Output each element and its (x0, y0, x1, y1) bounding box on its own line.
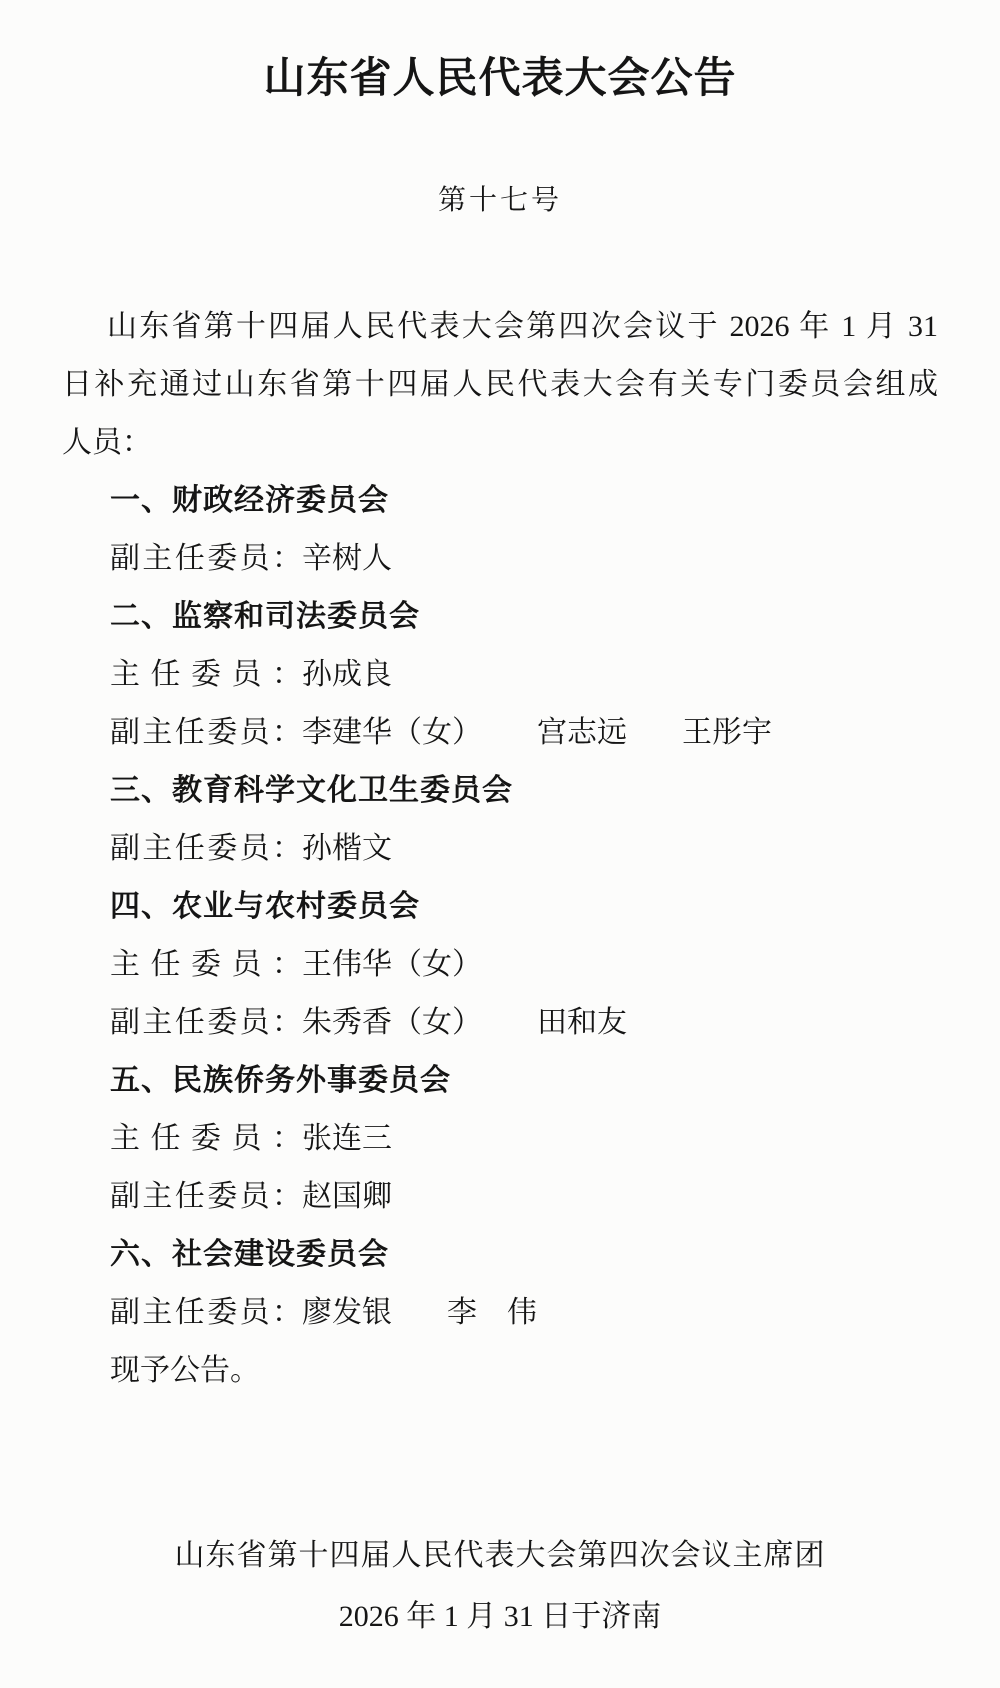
member-row: 主任委员：王伟华（女） (62, 936, 938, 994)
intro-line: 日补充通过山东省第十四届人民代表大会有关专门委员会组成 (62, 356, 938, 414)
member-row: 副主任委员：廖发银李 伟 (62, 1284, 938, 1342)
section-heading-2: 二、监察和司法委员会 (62, 588, 938, 646)
section-heading-6: 六、社会建设委员会 (62, 1226, 938, 1284)
closing-line: 现予公告。 (62, 1342, 938, 1400)
member-name: 李 伟 (447, 1284, 537, 1342)
member-name: 王伟华（女） (302, 936, 482, 994)
date-line: 2026 年 1 月 31 日于济南 (62, 1588, 938, 1646)
row-label: 主任委员： (110, 1110, 302, 1168)
member-name: 张连三 (302, 1110, 392, 1168)
member-row: 主任委员：张连三 (62, 1110, 938, 1168)
intro-line: 人员： (62, 414, 938, 472)
row-label: 副主任委员： (110, 1284, 302, 1342)
intro-line: 山东省第十四届人民代表大会第四次会议于 2026 年 1 月 31 (62, 298, 938, 356)
member-name: 辛树人 (302, 530, 392, 588)
member-row: 主任委员：孙成良 (62, 646, 938, 704)
member-name: 孙楷文 (302, 820, 392, 878)
member-name: 赵国卿 (302, 1168, 392, 1226)
member-row: 副主任委员：孙楷文 (62, 820, 938, 878)
section-heading-1: 一、财政经济委员会 (62, 472, 938, 530)
member-name: 朱秀香（女） (302, 994, 482, 1052)
committee-list: 一、财政经济委员会副主任委员：辛树人二、监察和司法委员会主任委员：孙成良副主任委… (62, 472, 938, 1342)
section-heading-4: 四、农业与农村委员会 (62, 878, 938, 936)
section-heading-5: 五、民族侨务外事委员会 (62, 1052, 938, 1110)
member-name: 孙成良 (302, 646, 392, 704)
member-row: 副主任委员：朱秀香（女）田和友 (62, 994, 938, 1052)
row-label: 主任委员： (110, 936, 302, 994)
member-row: 副主任委员：辛树人 (62, 530, 938, 588)
doc-number: 第十七号 (62, 186, 938, 216)
row-label: 副主任委员： (110, 530, 302, 588)
announcement-document: 山东省人民代表大会公告 第十七号 山东省第十四届人民代表大会第四次会议于 202… (0, 0, 1000, 1688)
row-label: 副主任委员： (110, 704, 302, 762)
member-row: 副主任委员：李建华（女）宫志远王彤宇 (62, 704, 938, 762)
row-label: 副主任委员： (110, 820, 302, 878)
page-title: 山东省人民代表大会公告 (62, 0, 938, 102)
signature-line: 山东省第十四届人民代表大会第四次会议主席团 (62, 1527, 938, 1585)
row-label: 副主任委员： (110, 994, 302, 1052)
member-name: 田和友 (537, 994, 627, 1052)
member-name: 宫志远 (537, 704, 627, 762)
row-label: 主任委员： (110, 646, 302, 704)
member-name: 王彤宇 (682, 704, 772, 762)
member-name: 廖发银 (302, 1284, 392, 1342)
member-name: 李建华（女） (302, 704, 482, 762)
member-row: 副主任委员：赵国卿 (62, 1168, 938, 1226)
intro-paragraph: 山东省第十四届人民代表大会第四次会议于 2026 年 1 月 31 日补充通过山… (62, 298, 938, 472)
row-label: 副主任委员： (110, 1168, 302, 1226)
section-heading-3: 三、教育科学文化卫生委员会 (62, 762, 938, 820)
